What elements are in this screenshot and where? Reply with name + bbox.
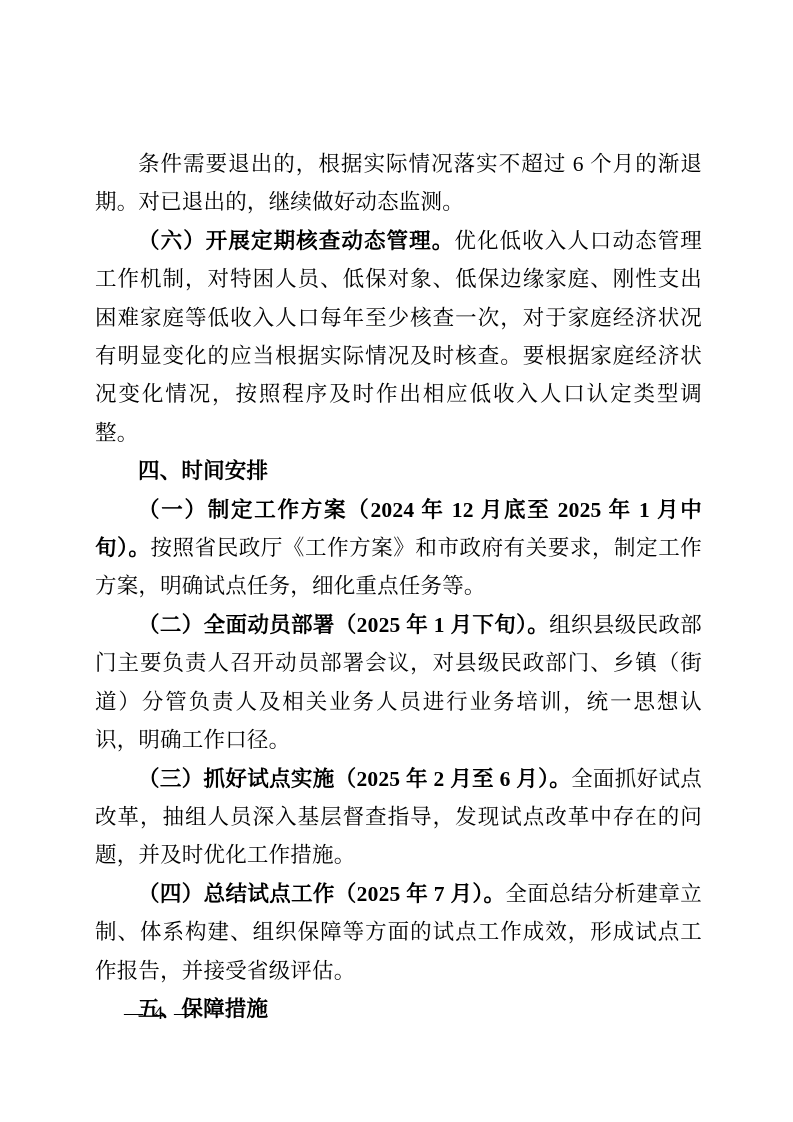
paragraph-item-4: （四）总结试点工作（2025 年 7 月）。全面总结分析建章立制、体系构建、组织… — [95, 875, 702, 990]
paragraph-section-6: （六）开展定期核查动态管理。优化低收入人口动态管理工作机制，对特困人员、低保对象… — [95, 222, 702, 452]
section-6-body-text: 优化低收入人口动态管理工作机制，对特困人员、低保对象、低保边缘家庭、刚性支出困难… — [95, 229, 702, 445]
document-page: 条件需要退出的，根据实际情况落实不超过 6 个月的渐退期。对已退出的，继续做好动… — [0, 0, 793, 1122]
item-2-lead: （二）全面动员部署（2025 年 1 月下旬）。 — [138, 613, 549, 637]
paragraph-item-2: （二）全面动员部署（2025 年 1 月下旬）。组织县级民政部门主要负责人召开动… — [95, 606, 702, 760]
paragraph-continuation: 条件需要退出的，根据实际情况落实不超过 6 个月的渐退期。对已退出的，继续做好动… — [95, 145, 702, 222]
page-number: — 4 — — [124, 1000, 196, 1028]
document-body: 条件需要退出的，根据实际情况落实不超过 6 个月的渐退期。对已退出的，继续做好动… — [95, 145, 702, 1028]
paragraph-item-1: （一）制定工作方案（2024 年 12 月底至 2025 年 1 月中旬）。按照… — [95, 491, 702, 606]
paragraph-continuation-text: 条件需要退出的，根据实际情况落实不超过 6 个月的渐退期。对已退出的，继续做好动… — [95, 152, 702, 214]
section-6-lead: （六）开展定期核查动态管理。 — [138, 229, 454, 253]
item-1-body-text: 按照省民政厅《工作方案》和市政府有关要求，制定工作方案，明确试点任务，细化重点任… — [95, 536, 702, 598]
paragraph-item-3: （三）抓好试点实施（2025 年 2 月至 6 月）。全面抓好试点改革，抽组人员… — [95, 760, 702, 875]
item-4-lead: （四）总结试点工作（2025 年 7 月）。 — [138, 882, 505, 906]
heading-section-4-time-arrangement: 四、时间安排 — [95, 452, 702, 490]
item-3-lead: （三）抓好试点实施（2025 年 2 月至 6 月）。 — [138, 767, 571, 791]
